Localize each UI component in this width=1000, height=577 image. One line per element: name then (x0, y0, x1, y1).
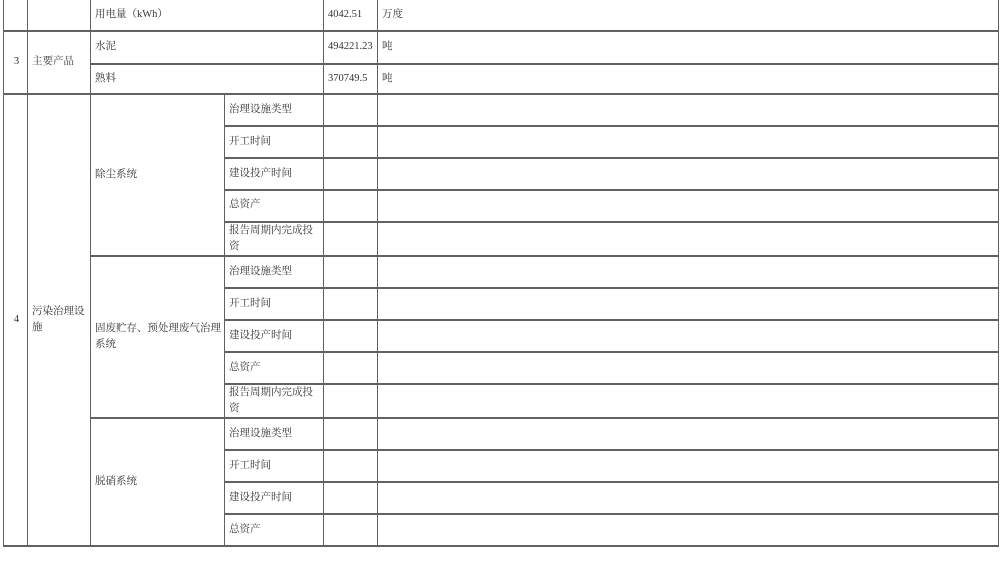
field-label-cell: 总资产 (225, 190, 324, 222)
empty-detail-cell (378, 352, 999, 384)
field-label-cell: 报告周期内完成投资 (225, 222, 324, 257)
value-cell: 4042.51 (324, 0, 378, 31)
field-label-cell: 建设投产时间 (225, 482, 324, 514)
field-label-cell: 总资产 (225, 352, 324, 384)
empty-detail-cell (378, 126, 999, 158)
empty-value-cell (324, 126, 378, 158)
section-number-cell (4, 0, 28, 31)
empty-detail-cell (378, 482, 999, 514)
field-label-cell: 建设投产时间 (225, 158, 324, 190)
subsystem-cell: 固废贮存、预处理废气治理系统 (91, 256, 225, 418)
table-row: 4 污染治理设施 除尘系统 治理设施类型 (4, 94, 999, 126)
subsystem-cell: 除尘系统 (91, 94, 225, 256)
empty-value-cell (324, 158, 378, 190)
empty-detail-cell (378, 256, 999, 288)
empty-value-cell (324, 256, 378, 288)
empty-value-cell (324, 514, 378, 546)
field-label-cell: 开工时间 (225, 288, 324, 320)
category-cell: 主要产品 (28, 31, 91, 94)
empty-detail-cell (378, 158, 999, 190)
field-label-cell: 开工时间 (225, 450, 324, 482)
field-label-cell: 总资产 (225, 514, 324, 546)
section-number-cell: 3 (4, 31, 28, 94)
empty-value-cell (324, 94, 378, 126)
empty-value-cell (324, 352, 378, 384)
empty-value-cell (324, 418, 378, 450)
empty-detail-cell (378, 418, 999, 450)
empty-detail-cell (378, 450, 999, 482)
table-row: 熟料 370749.5 吨 (4, 64, 999, 94)
empty-detail-cell (378, 190, 999, 222)
empty-value-cell (324, 450, 378, 482)
empty-value-cell (324, 482, 378, 514)
empty-value-cell (324, 222, 378, 257)
report-table: 用电量（kWh） 4042.51 万度 3 主要产品 水泥 494221.23 … (3, 0, 999, 547)
empty-value-cell (324, 320, 378, 352)
empty-detail-cell (378, 288, 999, 320)
value-cell: 494221.23 (324, 31, 378, 64)
empty-value-cell (324, 288, 378, 320)
field-label-cell: 开工时间 (225, 126, 324, 158)
empty-value-cell (324, 384, 378, 419)
unit-cell: 万度 (378, 0, 999, 31)
table-row: 用电量（kWh） 4042.51 万度 (4, 0, 999, 31)
empty-detail-cell (378, 94, 999, 126)
field-label-cell: 治理设施类型 (225, 418, 324, 450)
empty-detail-cell (378, 514, 999, 546)
table-row: 固废贮存、预处理废气治理系统 治理设施类型 (4, 256, 999, 288)
table-row: 3 主要产品 水泥 494221.23 吨 (4, 31, 999, 64)
category-cell: 污染治理设施 (28, 94, 91, 546)
field-label-cell: 报告周期内完成投资 (225, 384, 324, 419)
empty-detail-cell (378, 384, 999, 419)
row-label-cell: 熟料 (91, 64, 324, 94)
empty-detail-cell (378, 222, 999, 257)
section-number-cell: 4 (4, 94, 28, 546)
document-page: 用电量（kWh） 4042.51 万度 3 主要产品 水泥 494221.23 … (0, 0, 1000, 577)
unit-cell: 吨 (378, 31, 999, 64)
table-row: 脱硝系统 治理设施类型 (4, 418, 999, 450)
value-cell: 370749.5 (324, 64, 378, 94)
field-label-cell: 建设投产时间 (225, 320, 324, 352)
field-label-cell: 治理设施类型 (225, 94, 324, 126)
empty-value-cell (324, 190, 378, 222)
row-label-cell: 水泥 (91, 31, 324, 64)
field-label-cell: 治理设施类型 (225, 256, 324, 288)
empty-detail-cell (378, 320, 999, 352)
row-label-cell: 用电量（kWh） (91, 0, 324, 31)
unit-cell: 吨 (378, 64, 999, 94)
subsystem-cell: 脱硝系统 (91, 418, 225, 546)
category-cell (28, 0, 91, 31)
